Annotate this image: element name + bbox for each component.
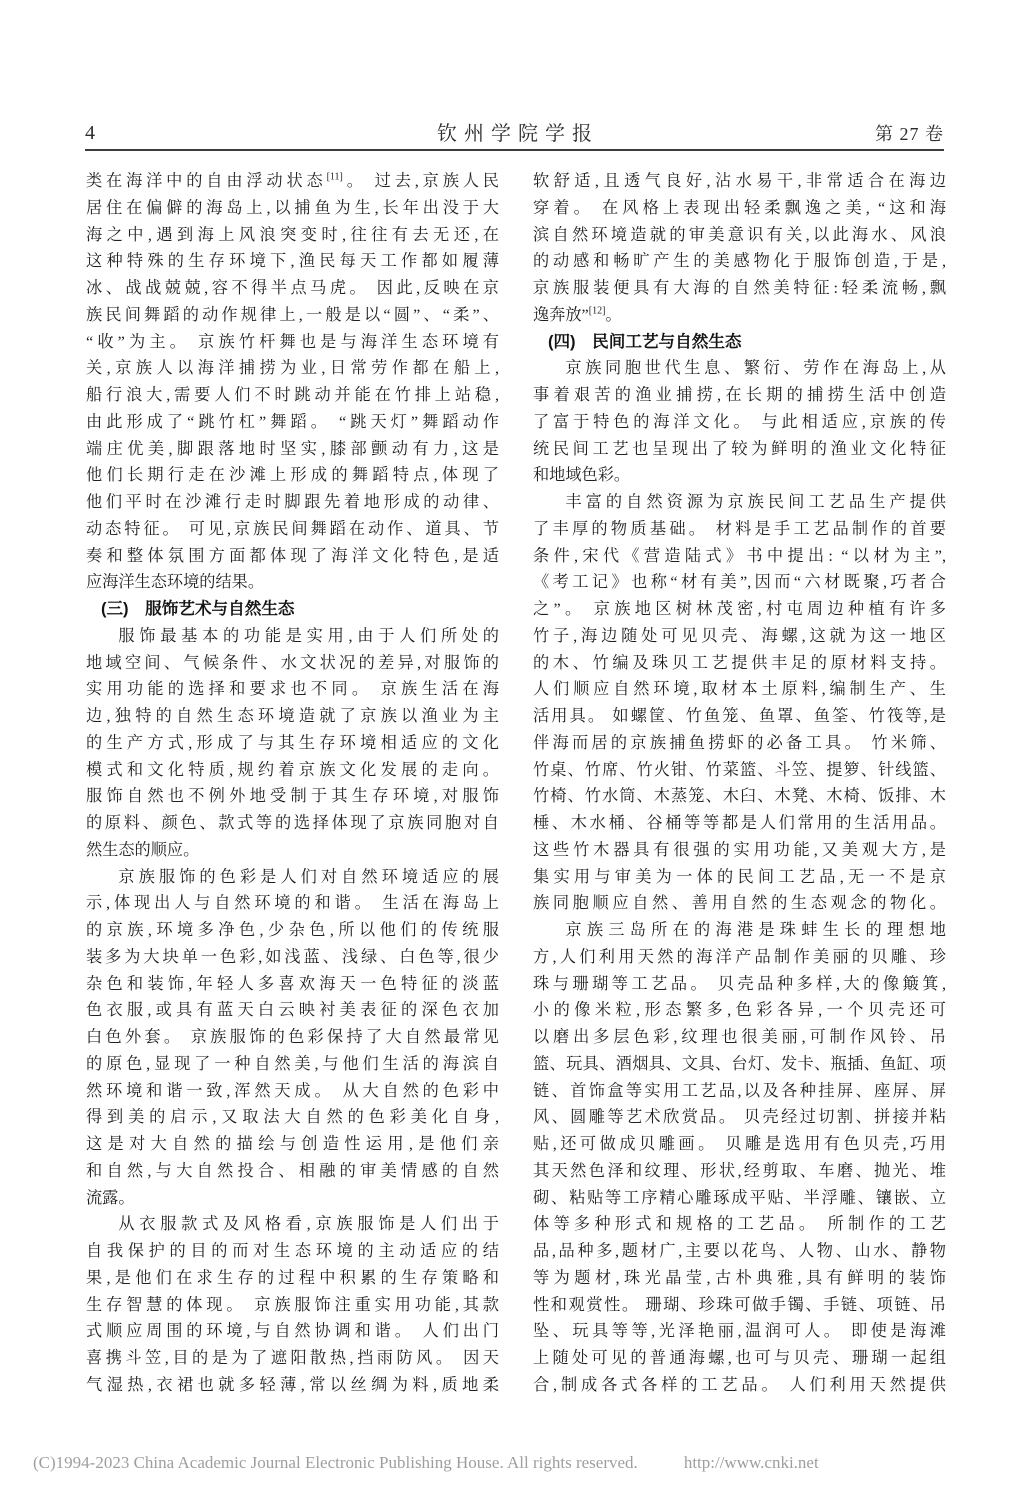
text-line: 品,品种多,题材广,主要以花鸟、人物、山水、静物 xyxy=(533,1238,946,1265)
text-line: 合,制成各式各样的工艺品。 人们利用天然提供 xyxy=(533,1372,946,1399)
text-line: 族同胞顺应自然、善用自然的生态观念的物化。 xyxy=(533,890,946,917)
text-line: 京族服装便具有大海的自然美特征:轻柔流畅,飘 xyxy=(533,275,946,302)
text-line: 性和观赏性。 珊瑚、珍珠可做手镯、手链、项链、吊 xyxy=(533,1292,946,1319)
text-line: 其天然色泽和纹理、形状,经剪取、车磨、抛光、堆 xyxy=(533,1158,946,1185)
text-line: 然环境和谐一致,浑然天成。 从大自然的色彩中 xyxy=(86,1078,499,1105)
column-right: 软舒适,且透气良好,沾水易干,非常适合在海边穿着。 在风格上表现出轻柔飘逸之美,… xyxy=(533,168,946,1399)
text-line: 奏和整体氛围方面都体现了海洋文化特色,是适 xyxy=(86,543,499,570)
journal-page: 4 钦州学院学报 第 27 卷 类在海洋中的自由浮动状态[11]。 过去,京族人… xyxy=(0,0,1024,1505)
text-line: 居住在偏僻的海岛上,以捕鱼为生,长年出没于大 xyxy=(86,195,499,222)
header-rule xyxy=(85,149,944,151)
text-line: 流露。 xyxy=(86,1185,499,1212)
text-line: 色衣服,或具有蓝天白云映衬美表征的深色衣加 xyxy=(86,997,499,1024)
text-line: 体等多种形式和规格的工艺品。 所制作的工艺 xyxy=(533,1211,946,1238)
text-line: 逸奔放”[12]。 xyxy=(533,302,946,329)
text-line: 伴海而居的京族捕鱼捞虾的必备工具。 竹米筛、 xyxy=(533,730,946,757)
text-line: 等为题材,珠光晶莹,古朴典雅,具有鲜明的装饰 xyxy=(533,1265,946,1292)
text-line: 装多为大块单一色彩,如浅蓝、浅绿、白色等,很少 xyxy=(86,944,499,971)
text-line: 关,京族人以海洋捕捞为业,日常劳作都在船上, xyxy=(86,355,499,382)
text-line: 族民间舞蹈的动作规律上,一般是以“圆”、“柔”、 xyxy=(86,302,499,329)
text-line: 和地域色彩。 xyxy=(533,462,946,489)
text-line: 这种特殊的生存环境下,渔民每天工作都如履薄 xyxy=(86,248,499,275)
text-line: 自我保护的目的而对生态环境的主动适应的结 xyxy=(86,1238,499,1265)
text-line: 杂色和装饰,年轻人多喜欢海天一色特征的淡蓝 xyxy=(86,971,499,998)
text-line: 地域空间、气候条件、水文状况的差异,对服饰的 xyxy=(86,650,499,677)
text-line: 果,是他们在求生存的过程中积累的生存策略和 xyxy=(86,1265,499,1292)
text-line: 的动感和畅旷产生的美感物化于服饰创造,于是, xyxy=(533,248,946,275)
text-line: 冰、战战兢兢,容不得半点马虎。 因此,反映在京 xyxy=(86,275,499,302)
text-line: 链、首饰盒等实用工艺品,以及各种挂屏、座屏、屏 xyxy=(533,1078,946,1105)
article-body: 类在海洋中的自由浮动状态[11]。 过去,京族人民居住在偏僻的海岛上,以捕鱼为生… xyxy=(86,168,946,1399)
text-line: 类在海洋中的自由浮动状态[11]。 过去,京族人民 xyxy=(86,168,499,195)
text-line: 从衣服款式及风格看,京族服饰是人们出于 xyxy=(86,1211,499,1238)
text-line: 穿着。 在风格上表现出轻柔飘逸之美, “这和海 xyxy=(533,195,946,222)
text-line: 风、圆雕等艺术欣赏品。 贝壳经过切割、拼接并粘 xyxy=(533,1104,946,1131)
text-line: 集实用与审美为一体的民间工艺品,无一不是京 xyxy=(533,864,946,891)
cnki-url: http://www.cnki.net xyxy=(684,1453,819,1472)
text-line: 船行浪大,需要人们不时跳动并能在竹排上站稳, xyxy=(86,382,499,409)
text-line: 白色外套。 京族服饰的色彩保持了大自然最常见 xyxy=(86,1024,499,1051)
text-line: 端庄优美,脚跟落地时坚实,膝部颤动有力,这是 xyxy=(86,436,499,463)
text-line: 篮、玩具、酒烟具、文具、台灯、发卡、瓶插、鱼缸、项 xyxy=(533,1051,946,1078)
citation-marker: [12] xyxy=(589,305,606,316)
text-line: 的木、竹编及珠贝工艺提供丰足的原材料支持。 xyxy=(533,650,946,677)
text-line: 竹椅、竹水筒、木蒸笼、木臼、木凳、木椅、饭排、木 xyxy=(533,783,946,810)
text-line: 条件,宋代《营造陆式》书中提出: “以材为主”, xyxy=(533,543,946,570)
text-line: 这是对大自然的描绘与创造性运用,是他们亲 xyxy=(86,1131,499,1158)
text-line: 珠与珊瑚等工艺品。 贝壳品种多样,大的像簸箕, xyxy=(533,971,946,998)
text-line: 服饰自然也不例外地受制于其生存环境,对服饰 xyxy=(86,783,499,810)
text-line: 的京族,环境多净色,少杂色,所以他们的传统服 xyxy=(86,917,499,944)
text-line: 软舒适,且透气良好,沾水易干,非常适合在海边 xyxy=(533,168,946,195)
text-line: 动态特征。 可见,京族民间舞蹈在动作、道具、节 xyxy=(86,516,499,543)
journal-title: 钦州学院学报 xyxy=(85,117,944,146)
text-line: 他们长期行走在沙滩上形成的舞蹈特点,体现了 xyxy=(86,462,499,489)
text-line: 之”。 京族地区树林茂密,村屯周边种植有许多 xyxy=(533,596,946,623)
text-line: 然生态的顺应。 xyxy=(86,837,499,864)
text-line: 京族同胞世代生息、繁衍、劳作在海岛上,从 xyxy=(533,355,946,382)
text-line: 的生产方式,形成了与其生存环境相适应的文化 xyxy=(86,730,499,757)
text-line: 海之中,遇到海上风浪突变时,往往有去无还,在 xyxy=(86,222,499,249)
citation-marker: [11] xyxy=(327,172,343,183)
text-line: 竹桌、竹席、竹火钳、竹菜篮、斗笠、提箩、针线篮、 xyxy=(533,757,946,784)
section-heading: (三) 服饰艺术与自然生态 xyxy=(86,596,499,623)
text-line: 丰富的自然资源为京族民间工艺品生产提供 xyxy=(533,489,946,516)
text-line: 了丰厚的物质基础。 材料是手工艺品制作的首要 xyxy=(533,516,946,543)
text-line: 应海洋生态环境的结果。 xyxy=(86,569,499,596)
text-line: 式顺应周围的环境,与自然协调和谐。 人们出门 xyxy=(86,1318,499,1345)
text-line: 的原色,显现了一种自然美,与他们生活的海滨自 xyxy=(86,1051,499,1078)
text-line: 边,独特的自然生态环境造就了京族以渔业为主 xyxy=(86,703,499,730)
text-line: 气湿热,衣裙也就多轻薄,常以丝绸为料,质地柔 xyxy=(86,1372,499,1399)
text-line: 京族三岛所在的海港是珠蚌生长的理想地 xyxy=(533,917,946,944)
copyright-notice: (C)1994-2023 China Academic Journal Elec… xyxy=(33,1453,638,1472)
text-line: 小的像米粒,形态繁多,色彩各异,一个贝壳还可 xyxy=(533,997,946,1024)
text-line: 方,人们利用天然的海洋产品制作美丽的贝雕、珍 xyxy=(533,944,946,971)
text-line: 了富于特色的海洋文化。 与此相适应,京族的传 xyxy=(533,409,946,436)
text-line: 坠、玩具等等,光泽艳丽,温润可人。 即使是海滩 xyxy=(533,1318,946,1345)
text-line: 生存智慧的体现。 京族服饰注重实用功能,其款 xyxy=(86,1292,499,1319)
text-line: 事着艰苦的渔业捕捞,在长期的捕捞生活中创造 xyxy=(533,382,946,409)
text-line: 模式和文化特质,规约着京族文化发展的走向。 xyxy=(86,757,499,784)
text-line: 服饰最基本的功能是实用,由于人们所处的 xyxy=(86,623,499,650)
column-left: 类在海洋中的自由浮动状态[11]。 过去,京族人民居住在偏僻的海岛上,以捕鱼为生… xyxy=(86,168,499,1399)
text-line: 以磨出多层色彩,纹理也很美丽,可制作风铃、吊 xyxy=(533,1024,946,1051)
text-line: 贴,还可做成贝雕画。 贝雕是选用有色贝壳,巧用 xyxy=(533,1131,946,1158)
text-line: 和自然,与大自然投合、相融的审美情感的自然 xyxy=(86,1158,499,1185)
text-line: 喜携斗笠,目的是为了遮阳散热,挡雨防风。 因天 xyxy=(86,1345,499,1372)
text-line: 统民间工艺也呈现出了较为鲜明的渔业文化特征 xyxy=(533,436,946,463)
text-line: 人们顺应自然环境,取材本土原料,编制生产、生 xyxy=(533,676,946,703)
text-line: 《考工记》也称“材有美”,因而“六材既聚,巧者合 xyxy=(533,569,946,596)
text-line: 由此形成了“跳竹杠”舞蹈。 “跳天灯”舞蹈动作 xyxy=(86,409,499,436)
text-line: 示,体现出人与自然环境的和谐。 生活在海岛上 xyxy=(86,890,499,917)
text-line: 竹子,海边随处可见贝壳、海螺,这就为这一地区 xyxy=(533,623,946,650)
text-line: 京族服饰的色彩是人们对自然环境适应的展 xyxy=(86,864,499,891)
text-line: 实用功能的选择和要求也不同。 京族生活在海 xyxy=(86,676,499,703)
text-line: 这些竹木器具有很强的实用功能,又美观大方,是 xyxy=(533,837,946,864)
text-line: 活用具。 如螺筐、竹鱼笼、鱼罩、鱼筌、竹筏等,是 xyxy=(533,703,946,730)
text-line: 滨自然环境造就的审美意识有关,以此海水、风浪 xyxy=(533,222,946,249)
text-line: 棰、木水桶、谷桶等等都是人们常用的生活用品。 xyxy=(533,810,946,837)
text-line: 的原料、颜色、款式等的选择体现了京族同胞对自 xyxy=(86,810,499,837)
text-line: “收”为主。 京族竹杆舞也是与海洋生态环境有 xyxy=(86,329,499,356)
text-line: 上随处可见的普通海螺,也可与贝壳、珊瑚一起组 xyxy=(533,1345,946,1372)
page-footer: (C)1994-2023 China Academic Journal Elec… xyxy=(33,1452,991,1474)
text-line: 他们平时在沙滩行走时脚跟先着地形成的动律、 xyxy=(86,489,499,516)
section-heading: (四) 民间工艺与自然生态 xyxy=(533,329,946,356)
page-header: 4 钦州学院学报 第 27 卷 xyxy=(85,110,944,146)
text-line: 得到美的启示,又取法大自然的色彩美化自身, xyxy=(86,1104,499,1131)
text-line: 砌、粘贴等工序精心雕琢成平贴、半浮雕、镶嵌、立 xyxy=(533,1185,946,1212)
